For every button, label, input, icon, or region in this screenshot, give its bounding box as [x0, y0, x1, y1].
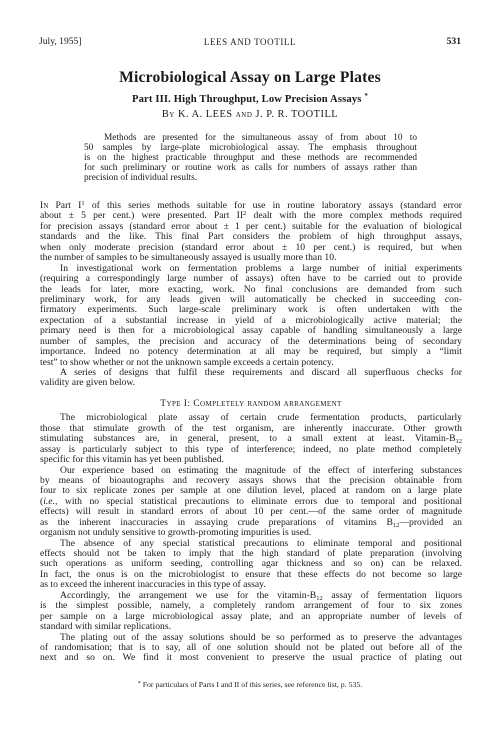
text-line: validity are given below. — [40, 378, 462, 388]
author-2: J. P. R. TOOTILL — [255, 109, 338, 120]
text-span: with no special statistical precautions … — [57, 496, 462, 507]
page-number: 531 — [447, 36, 461, 48]
text-line: importance. Indeed no potency determinat… — [40, 347, 462, 357]
text-span: stimulating substances are, in general, … — [40, 433, 456, 444]
text-span: assay of fermentation liquors — [323, 590, 462, 601]
article-title: Microbiological Assay on Large Plates — [0, 69, 500, 87]
text-line: standard with similar replications. — [40, 622, 462, 632]
text-span: —provided an — [399, 517, 462, 528]
section-heading: Type I: Completely random arrangement — [40, 399, 462, 409]
subtitle-text: Part III. High Throughput, Low Precision… — [132, 94, 362, 105]
text-line: (requiring a correspondingly large numbe… — [40, 274, 462, 284]
text-span: Part I — [48, 200, 81, 211]
paragraph-precautions: The absence of any special statistical p… — [40, 539, 462, 591]
byline-by: By — [162, 109, 175, 120]
footnote-text: For particulars of Parts I and II of thi… — [141, 680, 363, 689]
abstract: Methods are presented for the simultaneo… — [84, 134, 417, 184]
paragraph-experience: Our experience based on estimating the m… — [40, 466, 462, 539]
journal-page: July, 1955] LEES AND TOOTILL 531 Microbi… — [0, 0, 500, 731]
paragraph-investigational: In investigational work on fermentation … — [40, 264, 462, 368]
footnote-marker: * — [364, 92, 368, 100]
byline-and: and — [236, 109, 253, 120]
text-span: dealt with the more complex methods requ… — [246, 210, 462, 221]
text-span: of this series methods suitable for use … — [85, 200, 462, 211]
body-text: In Part I1 of this series methods suitab… — [40, 201, 462, 664]
paragraph-plating: The plating out of the assay solutions s… — [40, 633, 462, 664]
italic-abbrev: i.e., — [43, 496, 57, 507]
text-line: next and so on. We find it most convenie… — [40, 653, 462, 663]
paragraph-arrangement: Accordingly, the arrangement we use for … — [40, 591, 462, 633]
abstract-line: precision of individual results. — [84, 174, 417, 184]
running-head-authors: LEES AND TOOTILL — [39, 36, 461, 48]
text-span: Accordingly, the arrangement we use for … — [60, 590, 316, 601]
text-line: specific for this vitamin has yet been p… — [40, 455, 462, 465]
paragraph-plate-assay: The microbiological plate assay of certa… — [40, 413, 462, 465]
byline: By K. A. LEES and J. P. R. TOOTILL — [0, 108, 500, 121]
text-span: as the inherent inaccuracies in assaying… — [40, 517, 393, 528]
text-line: organism not unduly sensitive to growth-… — [40, 528, 462, 538]
text-span: about ± 5 per cent.) were presented. Par… — [40, 210, 243, 221]
article-subtitle: Part III. High Throughput, Low Precision… — [0, 90, 500, 106]
paragraph-designs: A series of designs that fulfil these re… — [40, 368, 462, 389]
footnote: * For particulars of Parts I and II of t… — [0, 679, 500, 690]
running-head: July, 1955] LEES AND TOOTILL 531 — [39, 36, 461, 48]
paragraph-intro: In Part I1 of this series methods suitab… — [40, 201, 462, 264]
author-1: K. A. LEES — [178, 109, 233, 120]
